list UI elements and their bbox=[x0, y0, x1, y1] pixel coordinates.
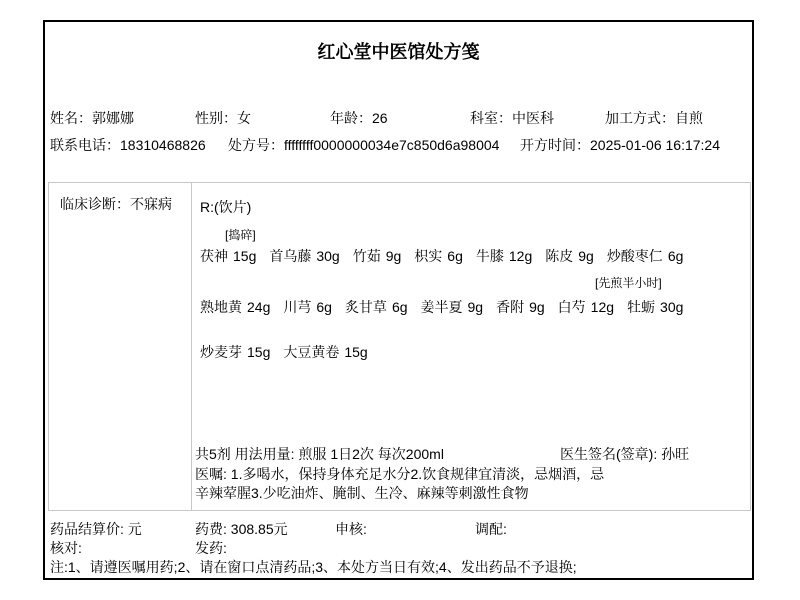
diagnosis-label: 临床诊断： bbox=[60, 196, 130, 212]
phone-value: 18310468826 bbox=[120, 137, 206, 153]
herb-item: 牛膝12g bbox=[476, 246, 532, 266]
herb-item: 熟地黄24g bbox=[200, 297, 270, 317]
herb-item: 牡蛎30g bbox=[627, 297, 683, 317]
processing-method-label: 加工方式： bbox=[605, 110, 675, 126]
rx-number-label: 处方号： bbox=[228, 137, 284, 153]
fee-value: 308.85元 bbox=[231, 521, 288, 537]
herb-item: 大豆黄卷15g bbox=[283, 342, 367, 362]
patient-gender-field: 性别：女 bbox=[195, 110, 251, 126]
medical-advice-line1: 医嘱: 1.多喝水，保持身体充足水分2.饮食规律宜清淡，忌烟酒，忌 bbox=[195, 465, 604, 484]
doctor-signature-label: 医生签名(签章): bbox=[560, 446, 661, 462]
herb-item: 陈皮9g bbox=[545, 246, 594, 266]
patient-department-label: 科室： bbox=[470, 110, 512, 126]
review-label: 申核: bbox=[335, 521, 367, 537]
fee-label: 药费: bbox=[195, 521, 231, 537]
doctor-signature-field: 医生签名(签章): 孙旺 bbox=[560, 446, 689, 463]
doctor-signature-value: 孙旺 bbox=[661, 446, 689, 462]
herb-line-1: 茯神15g首乌藤30g竹茹9g枳实6g牛膝12g陈皮9g炒酸枣仁6g bbox=[200, 246, 696, 266]
herb-item: 首乌藤30g bbox=[269, 246, 339, 266]
rx-number-value: ffffffff0000000034e7c850d6a98004 bbox=[284, 137, 499, 153]
prepare-field: 调配: bbox=[475, 521, 507, 538]
prescription-box-divider bbox=[191, 182, 192, 511]
patient-name-label: 姓名： bbox=[50, 110, 92, 126]
herb-item: 香附9g bbox=[496, 297, 545, 317]
patient-department-field: 科室：中医科 bbox=[470, 110, 554, 126]
phone-field: 联系电话：18310468826 bbox=[50, 137, 206, 153]
rx-header: R:(饮片) bbox=[200, 199, 251, 216]
fee-field: 药费: 308.85元 bbox=[195, 521, 288, 538]
settle-price-field: 药品结算价: 元 bbox=[50, 521, 142, 538]
processing-method-value: 自煎 bbox=[675, 110, 703, 126]
prescription-page: 红心堂中医馆处方笺 姓名：郭娜娜 性别：女 年龄：26 科室：中医科 加工方式：… bbox=[0, 0, 800, 600]
patient-name-value: 郭娜娜 bbox=[92, 110, 134, 126]
issue-time-value: 2025-01-06 16:17:24 bbox=[590, 137, 720, 153]
patient-age-label: 年龄： bbox=[330, 110, 372, 126]
settle-price-label: 药品结算价: bbox=[50, 521, 128, 537]
diagnosis-value: 不寐病 bbox=[130, 196, 172, 212]
issue-time-field: 开方时间：2025-01-06 16:17:24 bbox=[520, 137, 720, 153]
herb-line-2: 熟地黄24g川芎6g炙甘草6g姜半夏9g香附9g白芍12g牡蛎30g bbox=[200, 297, 696, 317]
phone-label: 联系电话： bbox=[50, 137, 120, 153]
patient-age-field: 年龄：26 bbox=[330, 110, 388, 126]
patient-name-field: 姓名：郭娜娜 bbox=[50, 110, 134, 126]
form-title: 红心堂中医馆处方笺 bbox=[43, 38, 754, 64]
herb-item: 竹茹9g bbox=[353, 246, 402, 266]
herb-item: 炒麦芽15g bbox=[200, 342, 270, 362]
herb-item: 炙甘草6g bbox=[345, 297, 408, 317]
herb-item: 川芎6g bbox=[283, 297, 332, 317]
patient-gender-value: 女 bbox=[237, 110, 251, 126]
footer-note: 注:1、请遵医嘱用药;2、请在窗口点清药品;3、本处方当日有效;4、发出药品不予… bbox=[50, 559, 577, 576]
check-label: 核对: bbox=[50, 540, 82, 556]
dosage-line: 共5剂 用法用量: 煎服 1日2次 每次200ml bbox=[195, 446, 444, 463]
rx-number-field: 处方号：ffffffff0000000034e7c850d6a98004 bbox=[228, 137, 499, 153]
prepare-label: 调配: bbox=[475, 521, 507, 537]
herb-line-3: 炒麦芽15g大豆黄卷15g bbox=[200, 342, 381, 362]
diagnosis-field: 临床诊断：不寐病 bbox=[60, 196, 172, 212]
herb-item: 枳实6g bbox=[414, 246, 463, 266]
herb-item: 姜半夏9g bbox=[421, 297, 484, 317]
processing-method-field: 加工方式：自煎 bbox=[605, 110, 703, 126]
medical-advice-line2: 辛辣荤腥3.少吃油炸、腌制、生冷、麻辣等刺激性食物 bbox=[195, 484, 529, 503]
patient-age-value: 26 bbox=[372, 110, 388, 126]
patient-department-value: 中医科 bbox=[512, 110, 554, 126]
patient-gender-label: 性别： bbox=[195, 110, 237, 126]
herb-group2-note: [先煎半小时] bbox=[595, 276, 662, 290]
herb-item: 白芍12g bbox=[558, 297, 614, 317]
issue-time-label: 开方时间： bbox=[520, 137, 590, 153]
settle-price-value: 元 bbox=[128, 521, 142, 537]
dispense-label: 发药: bbox=[195, 540, 227, 556]
herb-item: 茯神15g bbox=[200, 246, 256, 266]
check-field: 核对: bbox=[50, 540, 82, 557]
herb-group1-note: [捣碎] bbox=[225, 228, 256, 242]
review-field: 申核: bbox=[335, 521, 367, 538]
herb-item: 炒酸枣仁6g bbox=[607, 246, 684, 266]
dispense-field: 发药: bbox=[195, 540, 227, 557]
